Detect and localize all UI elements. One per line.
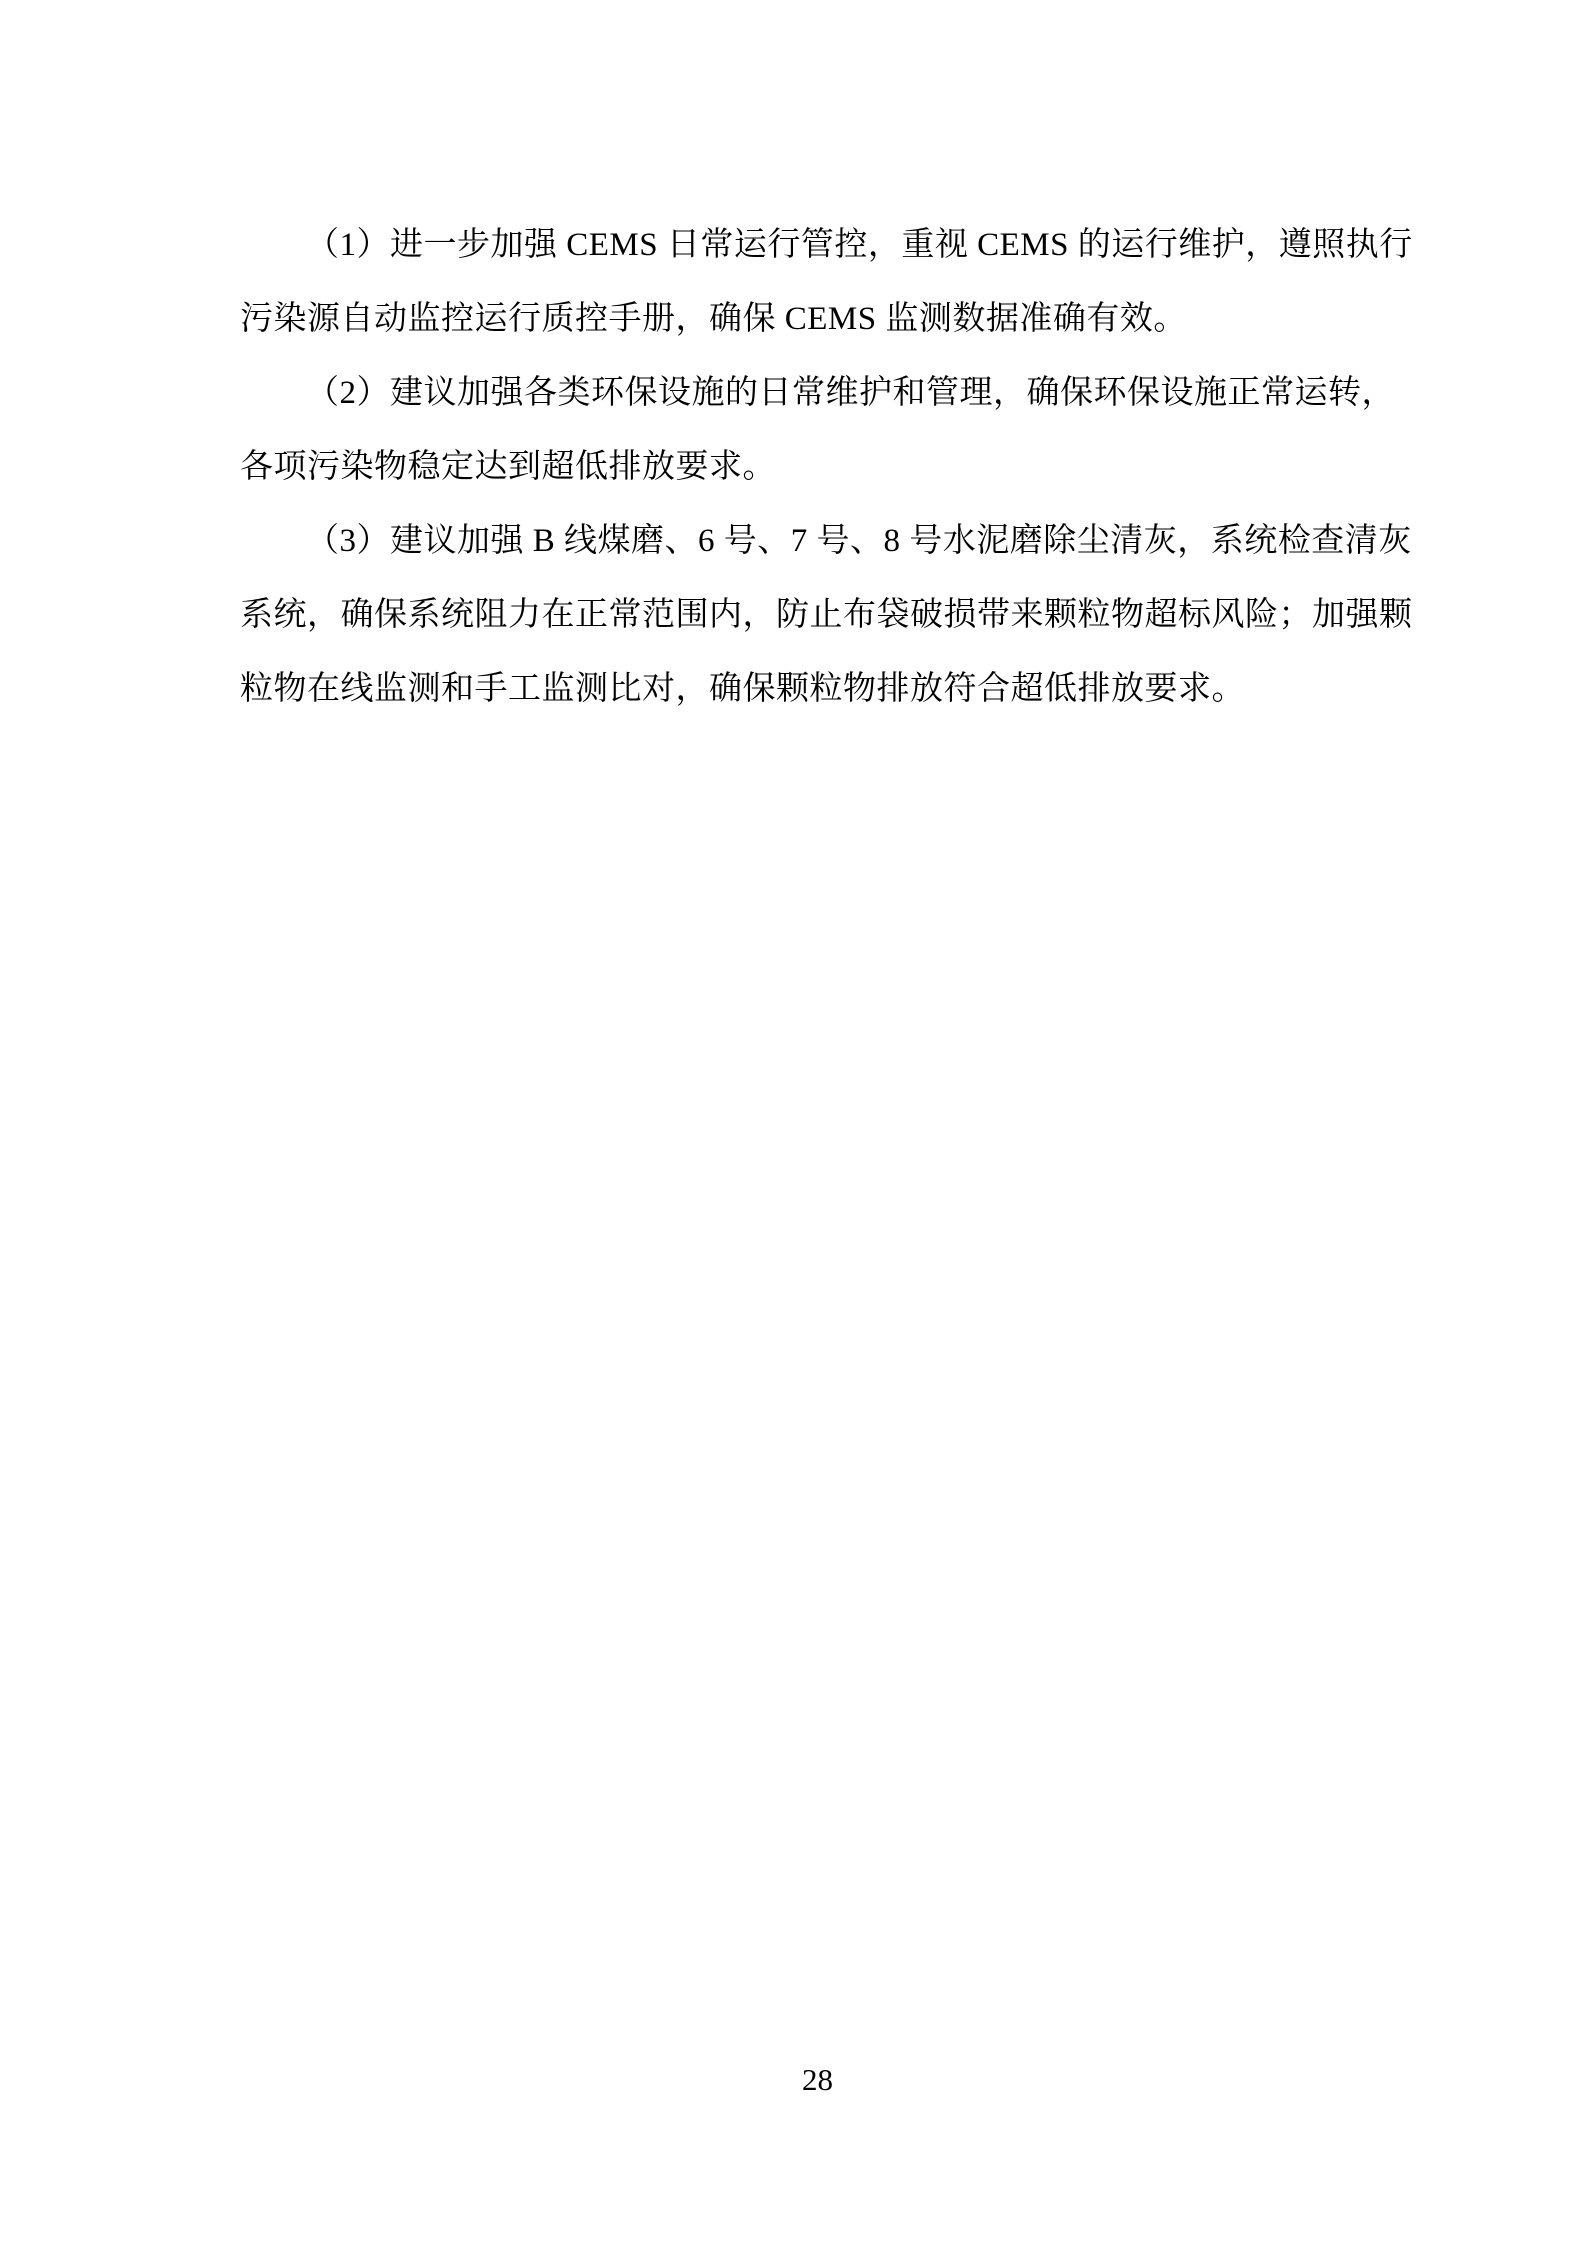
text-line-7: 粒物在线监测和手工监测比对，确保颗粒物排放符合超低排放要求。	[240, 652, 1347, 726]
text-line-3: （2）建议加强各类环保设施的日常维护和管理，确保环保设施正常运转，	[240, 356, 1347, 430]
body-text: （1）进一步加强 CEMS 日常运行管控，重视 CEMS 的运行维护，遵照执行 …	[240, 208, 1347, 726]
text-line-5: （3）建议加强 B 线煤磨、6 号、7 号、8 号水泥磨除尘清灰，系统检查清灰	[240, 504, 1347, 578]
document-page: （1）进一步加强 CEMS 日常运行管控，重视 CEMS 的运行维护，遵照执行 …	[0, 0, 1587, 2245]
page-number: 28	[0, 2062, 1587, 2098]
text-line-2: 污染源自动监控运行质控手册，确保 CEMS 监测数据准确有效。	[240, 282, 1347, 356]
text-line-4: 各项污染物稳定达到超低排放要求。	[240, 430, 1347, 504]
text-line-1: （1）进一步加强 CEMS 日常运行管控，重视 CEMS 的运行维护，遵照执行	[240, 208, 1347, 282]
text-line-6: 系统，确保系统阻力在正常范围内，防止布袋破损带来颗粒物超标风险；加强颗	[240, 578, 1347, 652]
